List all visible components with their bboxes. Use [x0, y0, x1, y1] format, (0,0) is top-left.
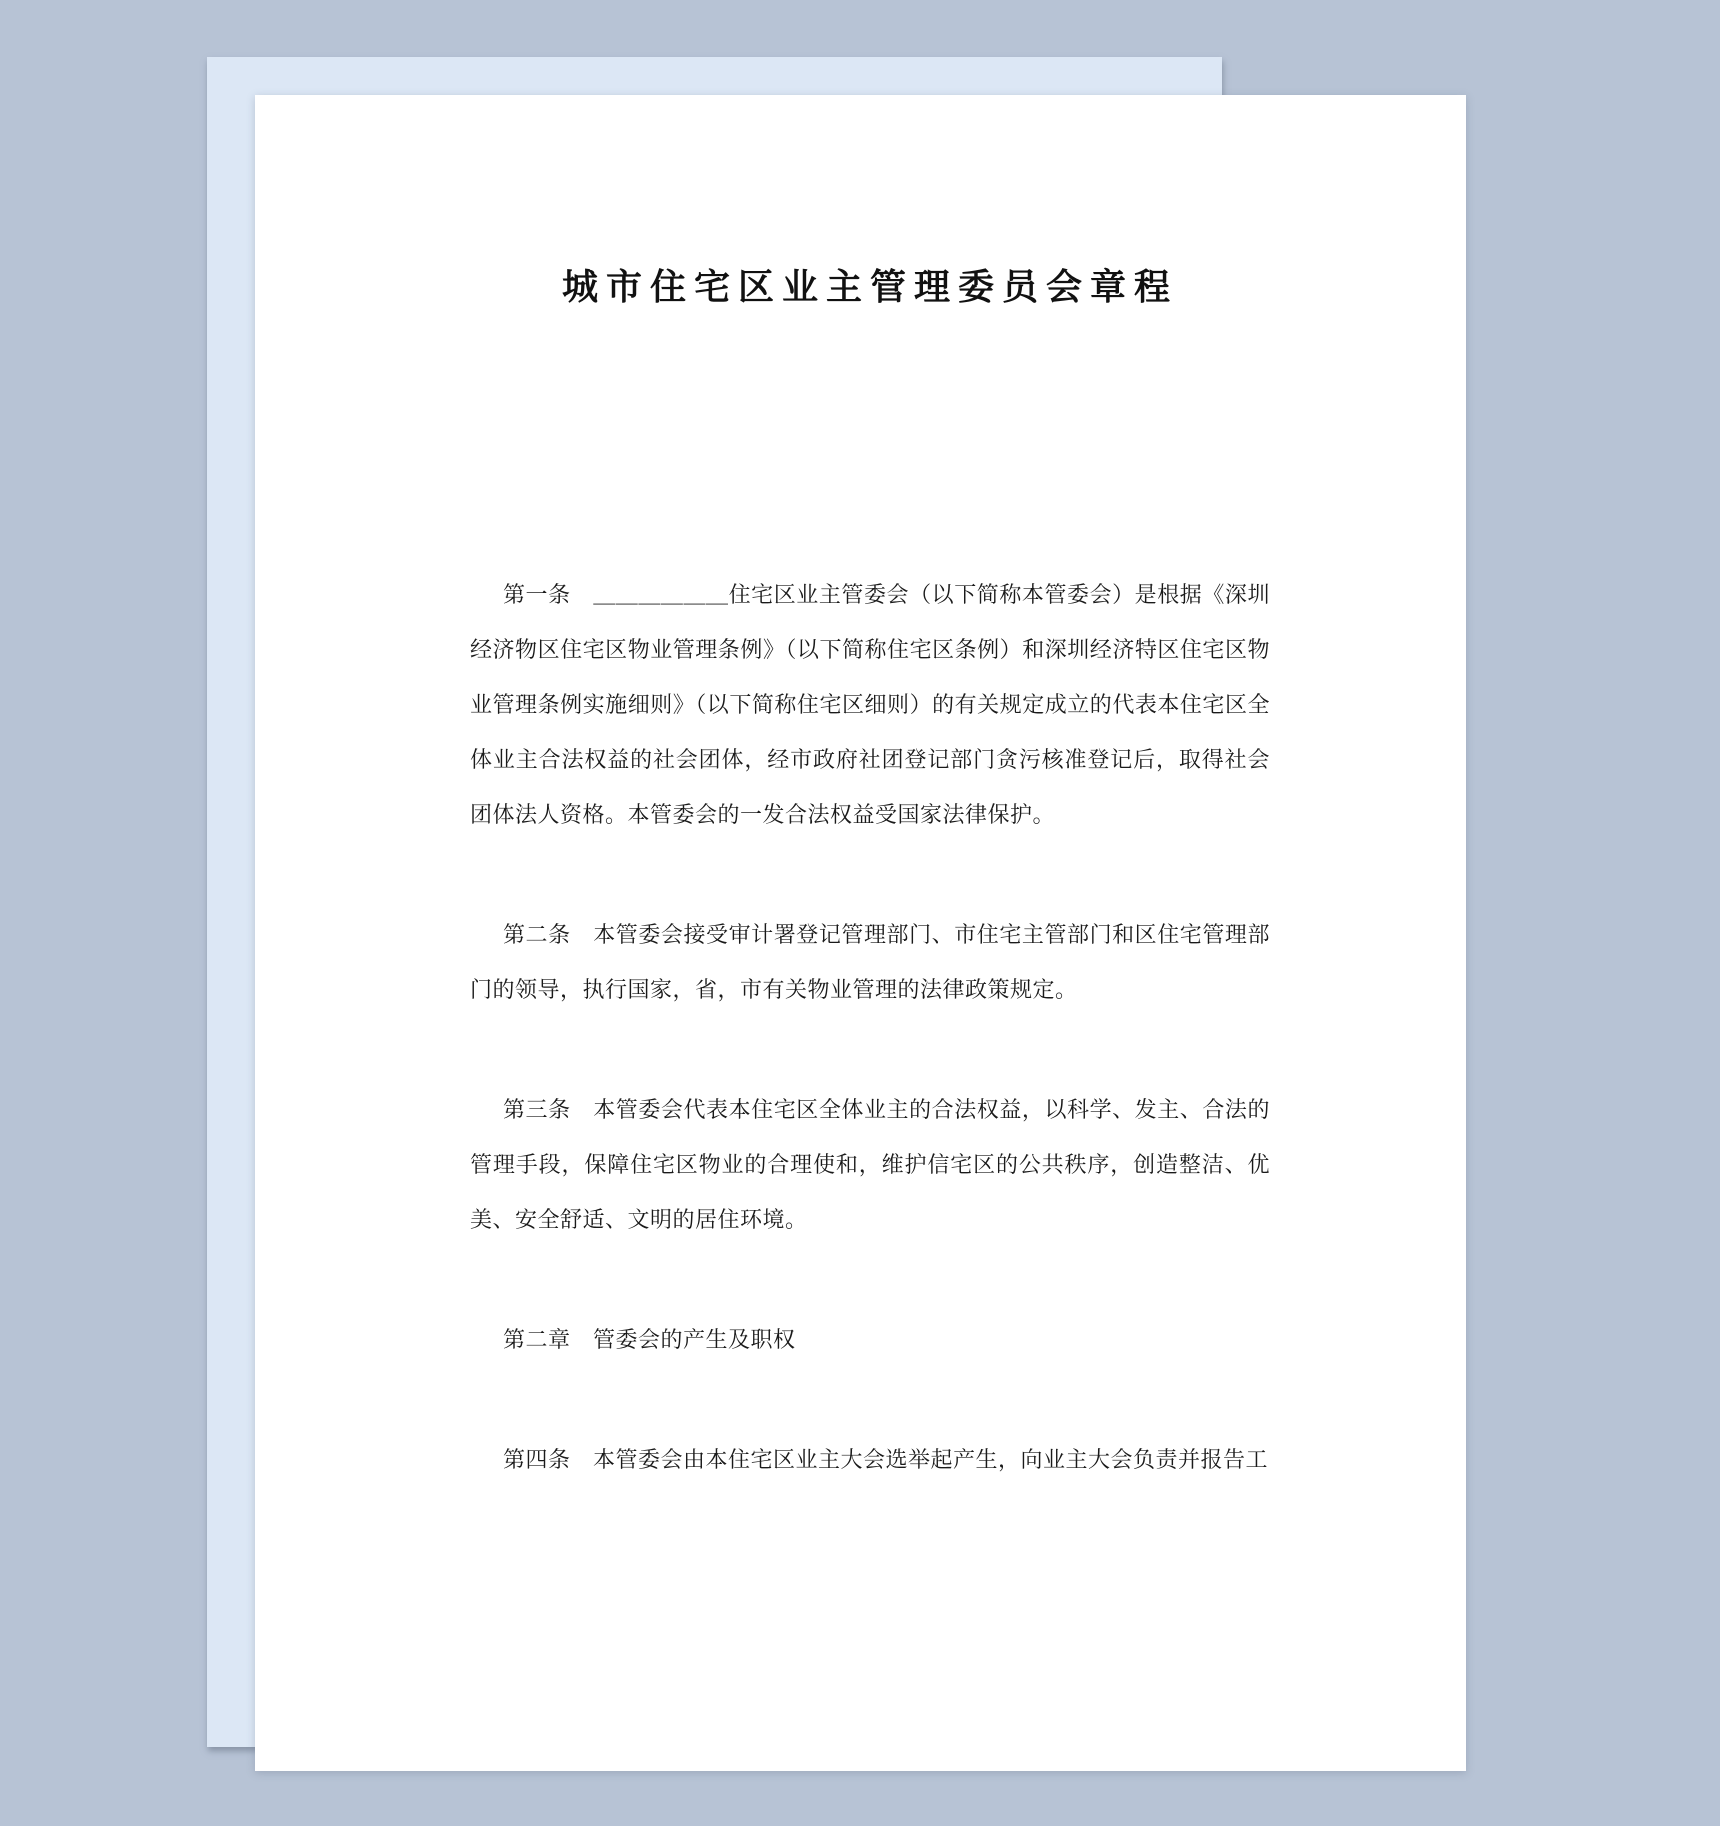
paragraph-article-1: 第一条 ＿＿＿＿＿＿住宅区业主管委会（以下简称本管委会）是根据《深圳经济物区住宅… — [470, 567, 1270, 842]
paragraph-article-4: 第四条 本管委会由本住宅区业主大会选举起产生，向业主大会负责并报告工 — [470, 1432, 1270, 1487]
chapter-heading: 第二章 管委会的产生及职权 — [470, 1312, 1270, 1367]
paragraph-article-3: 第三条 本管委会代表本住宅区全体业主的合法权益，以科学、发主、合法的管理手段，保… — [470, 1082, 1270, 1247]
app-background: { "page": { "background_color": "#b7c3d5… — [0, 0, 1720, 1826]
document-title: 城市住宅区业主管理委员会章程 — [470, 262, 1270, 312]
document-page: 城市住宅区业主管理委员会章程 第一条 ＿＿＿＿＿＿住宅区业主管委会（以下简称本管… — [255, 95, 1466, 1771]
paragraph-article-2: 第二条 本管委会接受审计署登记管理部门、市住宅主管部门和区住宅管理部门的领导，执… — [470, 907, 1270, 1017]
document-body: 第一条 ＿＿＿＿＿＿住宅区业主管委会（以下简称本管委会）是根据《深圳经济物区住宅… — [470, 567, 1270, 1487]
